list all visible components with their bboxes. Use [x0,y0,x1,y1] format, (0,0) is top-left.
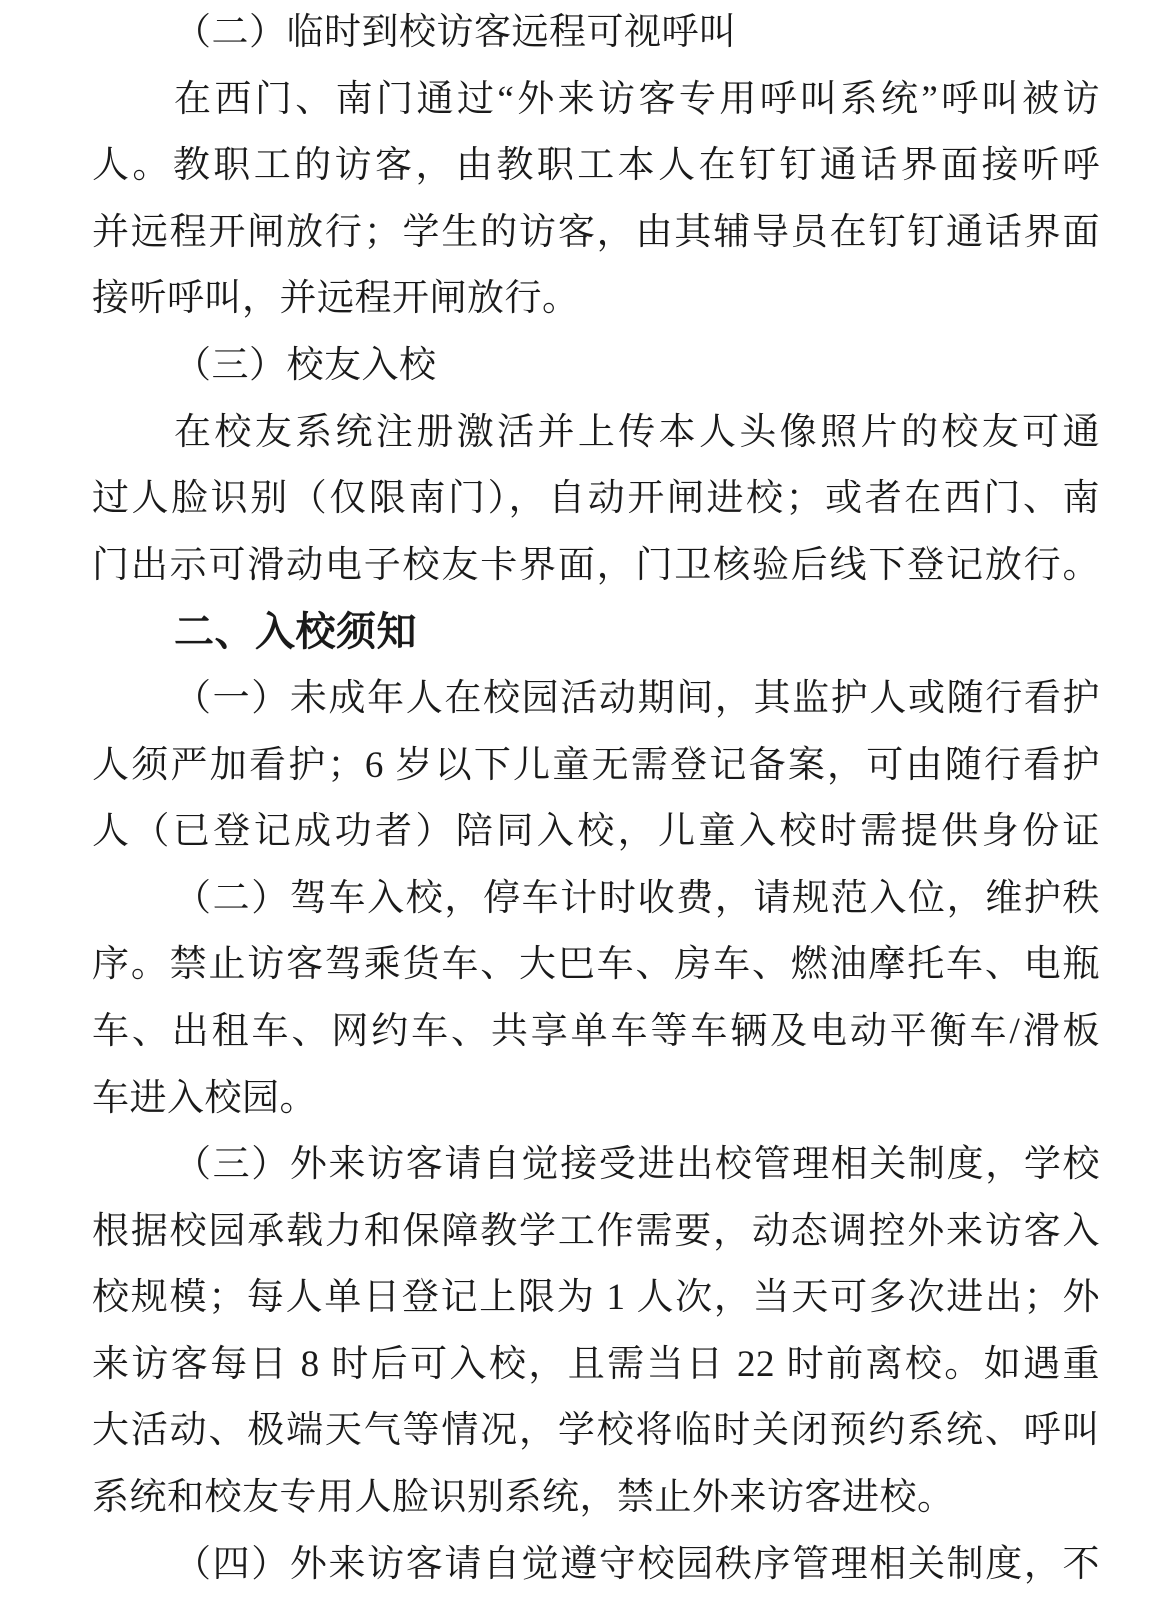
body-line: 序。禁止访客驾乘货车、大巴车、房车、燃油摩托车、电瓶 [92,932,1100,999]
body-line: 车进入校园。 [92,1066,1100,1133]
subsection-heading-alumni-entry: （三）校友入校 [92,333,1100,400]
body-line: （三）外来访客请自觉接受进出校管理相关制度，学校 [92,1132,1100,1199]
body-line: 车、出租车、网约车、共享单车等车辆及电动平衡车/滑板 [92,999,1100,1066]
body-line: 校规模；每人单日登记上限为 1 人次，当天可多次进出；外 [92,1265,1100,1332]
body-line: 人（已登记成功者）陪同入校，儿童入校时需提供身份证明。 [92,799,1100,866]
body-line: 过人脸识别（仅限南门），自动开闸进校；或者在西门、南 [92,466,1100,533]
body-line: 门出示可滑动电子校友卡界面，门卫核验后线下登记放行。 [92,533,1100,600]
body-line: 在校友系统注册激活并上传本人头像照片的校友可通 [92,400,1100,467]
body-line: 并远程开闸放行；学生的访客，由其辅导员在钉钉通话界面 [92,200,1100,267]
document-page: （二）临时到校访客远程可视呼叫 在西门、南门通过“外来访客专用呼叫系统”呼叫被访… [0,0,1164,1600]
body-line: （四）外来访客请自觉遵守校园秩序管理相关制度，不 [92,1532,1100,1599]
body-line: 系统和校友专用人脸识别系统，禁止外来访客进校。 [92,1465,1100,1532]
body-line: 大活动、极端天气等情况，学校将临时关闭预约系统、呼叫 [92,1398,1100,1465]
section-heading-entry-notice: 二、入校须知 [92,599,1100,666]
body-line: 来访客每日 8 时后可入校，且需当日 22 时前离校。如遇重 [92,1332,1100,1399]
body-line: 人须严加看护；6 岁以下儿童无需登记备案，可由随行看护 [92,733,1100,800]
subsection-heading-temporary-visitor-call: （二）临时到校访客远程可视呼叫 [92,0,1100,67]
body-line: （一）未成年人在校园活动期间，其监护人或随行看护 [92,666,1100,733]
body-line: 接听呼叫，并远程开闸放行。 [92,266,1100,333]
body-line: 根据校园承载力和保障教学工作需要，动态调控外来访客入 [92,1199,1100,1266]
body-line: 在西门、南门通过“外来访客专用呼叫系统”呼叫被访 [92,67,1100,134]
body-line: 人。教职工的访客，由教职工本人在钉钉通话界面接听呼叫， [92,133,1100,200]
body-line: （二）驾车入校，停车计时收费，请规范入位，维护秩 [92,866,1100,933]
